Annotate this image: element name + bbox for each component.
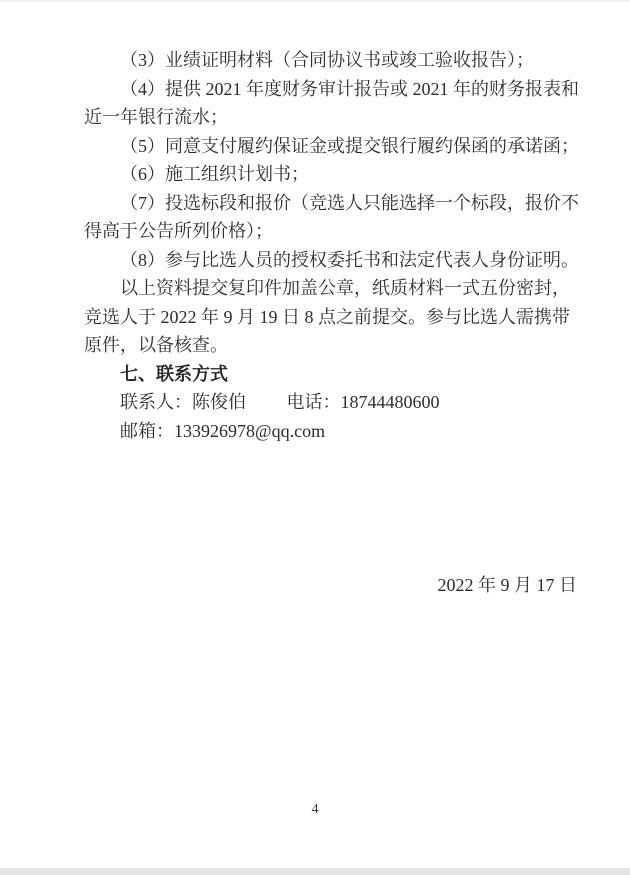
list-item-3: （3）业绩证明材料（合同协议书或竣工验收报告）； <box>84 46 589 75</box>
list-item-8: （8）参与比选人员的授权委托书和法定代表人身份证明。 <box>84 246 589 275</box>
contact-person-line: 联系人：陈俊伯 电话：18744480600 <box>84 388 589 417</box>
document-body: （3）业绩证明材料（合同协议书或竣工验收报告）； （4）提供 2021 年度财务… <box>84 46 589 600</box>
page-number: 4 <box>0 802 630 818</box>
document-page: （3）业绩证明材料（合同协议书或竣工验收报告）； （4）提供 2021 年度财务… <box>0 0 630 875</box>
list-item-4: （4）提供 2021 年度财务审计报告或 2021 年的财务报表和 近一年银行流… <box>84 75 589 132</box>
page-bottom-edge <box>0 868 630 875</box>
section-heading-contact: 七、联系方式 <box>84 360 589 389</box>
list-item-7: （7）投选标段和报价（竞选人只能选择一个标段，报价不 得高于公告所列价格）； <box>84 189 589 246</box>
submission-instructions: 以上资料提交复印件加盖公章，纸质材料一式五份密封， 竞选人于 2022 年 9 … <box>84 274 589 360</box>
list-item-6: （6）施工组织计划书； <box>84 160 589 189</box>
document-date: 2022 年 9 月 17 日 <box>84 571 589 600</box>
page-top-edge <box>0 0 630 3</box>
contact-email-line: 邮箱：133926978@qq.com <box>84 417 589 446</box>
list-item-5: （5）同意支付履约保证金或提交银行履约保函的承诺函； <box>84 132 589 161</box>
